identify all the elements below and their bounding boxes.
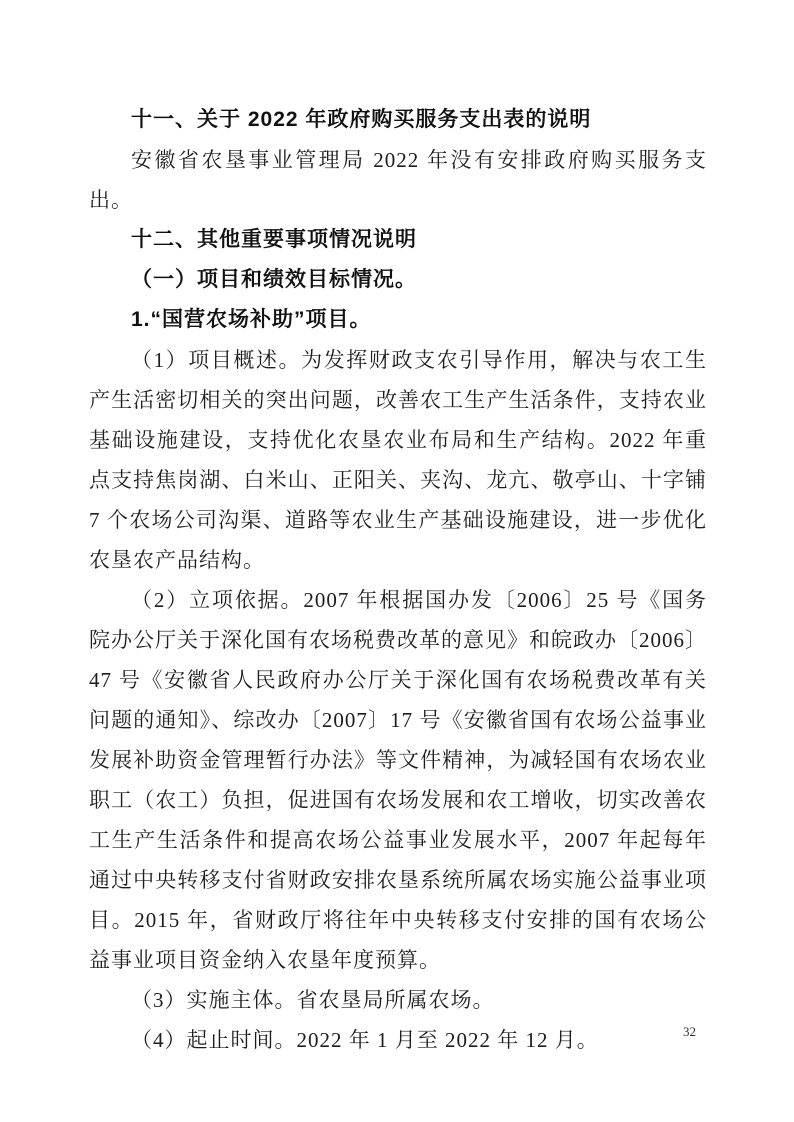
section-heading-12: 十二、其他重要事项情况说明 xyxy=(89,220,707,260)
paragraph-time-period: （4）起止时间。2022 年 1 月至 2022 年 12 月。 xyxy=(89,1020,707,1060)
paragraph-implementing-body: （3）实施主体。省农垦局所属农场。 xyxy=(89,980,707,1020)
document-page: 十一、关于 2022 年政府购买服务支出表的说明 安徽省农垦事业管理局 2022… xyxy=(0,0,794,1122)
subsection-heading-1: （一）项目和绩效目标情况。 xyxy=(89,260,707,300)
paragraph-project-basis: （2）立项依据。2007 年根据国办发〔2006〕25 号《国务院办公厅关于深化… xyxy=(89,580,707,980)
project-heading: 1.“国营农场补助”项目。 xyxy=(89,300,707,340)
paragraph-no-procurement: 安徽省农垦事业管理局 2022 年没有安排政府购买服务支出。 xyxy=(89,140,707,220)
page-number: 32 xyxy=(683,1024,696,1040)
section-heading-11: 十一、关于 2022 年政府购买服务支出表的说明 xyxy=(89,100,707,140)
document-content: 十一、关于 2022 年政府购买服务支出表的说明 安徽省农垦事业管理局 2022… xyxy=(89,100,707,1060)
paragraph-project-overview: （1）项目概述。为发挥财政支农引导作用，解决与农工生产生活密切相关的突出问题，改… xyxy=(89,340,707,580)
